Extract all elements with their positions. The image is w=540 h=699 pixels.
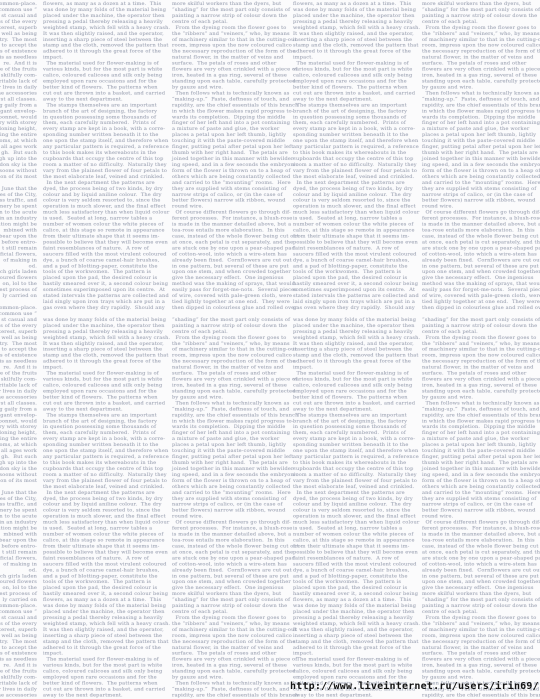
text-line: the necessary reproduction of the form o… [422,639,539,645]
text-line: interest, superb [0,627,37,633]
text-line: It was then slightly raised, and the ope… [43,31,161,37]
text-line: faint resemblances of nature. A row of [43,245,161,251]
text-line: g gaily from a [0,406,37,412]
text-line: gas oven where they dry rapidly. Should … [43,305,161,311]
text-line: nsoons without [0,472,37,478]
text-line: cut out are thrown into a basket, and ca… [293,400,411,406]
text-line: at once, each petal is cut separately, a… [422,549,539,555]
text-line: possible to believe that they will becom… [43,549,161,555]
text-line: on of its most [0,174,37,180]
text-line: are stuck one by one upon a pear-shaped … [172,245,289,251]
text-line: already been fixed. Cornflowers are cut … [422,567,539,573]
text-line: on of its most [0,478,37,484]
text-column-a-2: flowers, as many as a dozen at a time. T… [293,1,411,698]
text-line: s of the every [0,323,37,329]
text-line: possible to believe that they will becom… [293,549,411,555]
text-line: the necessary reproduction of the form o… [172,639,289,645]
text-line: of cotton-wool, into which a wire-stem h… [172,251,289,257]
text-line: branch of the art of designing, the fact… [43,108,161,114]
text-line: try. The most [0,639,37,645]
text-line: dyed, the process being of two kinds, by… [43,186,161,192]
text-line: stamp and the cloth, removed the pattern… [43,639,161,645]
text-line: vary from the plainest flower of four pe… [293,168,411,174]
text-line: gant envelop- [0,412,37,418]
text-line: t still remain [0,549,37,555]
text-line: st casual and [0,13,37,19]
text-line: form of the flower is thrown on to a hea… [422,478,539,484]
text-line: already been fixed. Cornflowers are cut … [172,257,289,263]
text-line: of cotton-wool, into which a wire-stem h… [172,561,289,567]
text-line: weighted stamp, which fell with a heavy … [293,335,411,341]
text-line: painting a narrow strip of colour down t… [172,13,289,19]
text-line: and carried to the “mounting” rooms. Her… [422,490,539,496]
text-line: and carried to the “mounting” rooms. Her… [172,490,289,496]
text-line: the most elaborate leaf, veined and crin… [293,484,411,490]
text-line: Then follows what is technically known a… [422,90,539,96]
text-line: they are supplied with stems consisting … [422,186,539,192]
text-line: others which are being constantly collec… [172,174,289,180]
text-line: vary from the plainest flower of four pe… [293,478,411,484]
text-line: nsoons without [0,168,37,174]
text-column-b-2: more skilful workers than the dyers, but… [422,1,539,698]
text-line: others which are being constantly collec… [172,484,289,490]
text-line: t still remain [0,245,37,251]
text-line: the accessories [0,90,37,96]
text-line: painting a narrow strip of colour down t… [172,323,289,329]
text-line: interest, superb [0,329,37,335]
text-line: form of the flower is thrown on to a hea… [172,478,289,484]
text-line: faint resemblances of nature. A row of [293,555,411,561]
text-line: st casual and [0,317,37,323]
text-line: It was then slightly raised, and the ope… [293,627,411,633]
text-line: the most elaborate leaf, veined and crin… [293,174,411,180]
text-line: placed under the machine, the operator t… [43,13,161,19]
text-line: pressing a pedal thereby releasing a hea… [293,19,411,25]
text-line: the accessories [0,692,37,698]
text-line: It was then slightly raised, and the ope… [293,31,411,37]
text-line: interest, superb [0,25,37,31]
text-line: branch of the art of designing, the fact… [293,108,411,114]
text-line: form of the flower is thrown on to a hea… [422,168,539,174]
text-line: saucers filled with the most virulent co… [293,561,411,567]
text-line: s of the every [0,19,37,25]
text-line: dye, a bunch of coarse camel-hair brushe… [293,257,411,263]
text-line: ing speed, and in a few seconds the embr… [172,472,289,478]
text-line: others which are being constantly collec… [422,484,539,490]
text-line: weighted stamp, which fell with a heavy … [293,25,411,31]
text-line: saucers filled with the most virulent co… [293,251,411,257]
text-column-fragment-left: common-place.common use “st casual ands … [0,1,37,698]
text-line: The stamps themselves are an important [43,102,161,108]
text-line: pressing a pedal thereby releasing a hea… [43,19,161,25]
text-line: the accessories [0,394,37,400]
text-line: painting a narrow strip of colour down t… [422,13,539,19]
text-line: in which the flower makes rapid progress… [422,108,539,114]
text-line: Then follows what is technically known a… [172,400,289,406]
text-line: was done by many folds of the material b… [293,317,411,323]
text-line: inserting a sharp piece of steel between… [43,633,161,639]
text-line: the most elaborate leaf, veined and crin… [43,174,161,180]
text-line: From the dyeing room the flower goes to [172,335,289,341]
text-line: The stamps themselves are an important [293,102,411,108]
text-line: rapidity, are the chief essentials of th… [172,102,289,108]
text-line: of machinery similar to that in the cutt… [422,627,539,633]
text-line: “making-up.” Paste, deftness of touch, a… [172,406,289,412]
text-line: weighted stamp, which fell with a heavy … [43,335,161,341]
text-line: In the next department the patterns are [293,490,411,496]
text-line: saucers filled with the most virulent co… [43,251,161,257]
text-line: well as being [0,633,37,639]
text-column-b-1: more skilful workers than the dyers, but… [172,1,289,698]
text-line: rapidity, are the chief essentials of th… [172,692,289,698]
text-line: rapidity, are the chief essentials of th… [422,692,539,698]
text-line: and carried to the “mounting” rooms. Her… [422,180,539,186]
text-column-a-1: flowers, as many as a dozen at a time. T… [43,1,161,698]
text-line: already been fixed. Cornflowers are cut … [172,567,289,573]
text-line: room, impress upon the now coloured cali… [422,633,539,639]
text-line: From the dyeing room the flower goes to [422,25,539,31]
text-line: of machinery similar to that in the cutt… [172,627,289,633]
text-line: away to the next department. [43,692,161,698]
text-line: room, impress upon the now coloured cali… [172,633,289,639]
text-line: inserting a sharp piece of steel between… [293,633,411,639]
text-line: “making-up.” Paste, deftness of touch, a… [422,96,539,102]
text-line: are stuck one by one upon a pear-shaped … [422,245,539,251]
text-line: placed under the machine, the operator t… [293,323,411,329]
watermark-url: http://www.liveinternet.ru/users/irin69/ [290,680,539,693]
text-line: they are supplied with stems consisting … [172,186,289,192]
text-line: “making-up.” Paste, deftness of touch, a… [422,406,539,412]
text-line: From the dyeing room the flower goes to [172,25,289,31]
text-line: From the dyeing room the flower goes to [422,335,539,341]
text-line: stamp and the cloth, removed the pattern… [293,639,411,645]
text-line: the “ribbers” and “veiners,” who, by mea… [172,31,289,37]
text-line: already been fixed. Cornflowers are cut … [422,257,539,263]
text-line: “shading” for the most part only consist… [172,317,289,323]
text-line: dye, a bunch of coarse camel-hair brushe… [293,567,411,573]
text-line: well as being [0,335,37,341]
text-line: weighted stamp, which fell with a heavy … [43,25,161,31]
text-line: painting a narrow strip of colour down t… [422,323,539,329]
text-line: are stuck one by one upon a pear-shaped … [172,555,289,561]
text-line: ing speed, and in a few seconds the embr… [422,472,539,478]
text-line: pressing a pedal thereby releasing a hea… [43,329,161,335]
text-line: room a matter of no difficulty. Naturall… [293,472,411,478]
text-line: dyed, the process being of two kinds, by… [293,186,411,192]
text-line: others which are being constantly collec… [422,174,539,180]
text-line: well as being [0,31,37,37]
text-line: rapidity, are the chief essentials of th… [422,412,539,418]
text-line: then dipped in colourless glue and rolle… [172,305,289,311]
text-line: ngst all classes. [0,400,37,406]
text-line: n June that the [0,186,37,192]
text-line: In the next department the patterns are [43,490,161,496]
text-line: of making in [0,257,37,263]
text-line: dye, a bunch of coarse camel-hair brushe… [43,567,161,573]
text-line: It was then slightly raised, and the ope… [43,627,161,633]
text-line: saucers filled with the most virulent co… [43,561,161,567]
text-line: vary from the plainest flower of four pe… [43,168,161,174]
text-line: of making in [0,561,37,567]
text-line: placed under the machine, the operator t… [43,323,161,329]
text-line: away to the next department. [293,692,411,698]
text-line: gas oven where they dry rapidly. Should … [293,305,411,311]
text-line: In the next department the patterns are [43,180,161,186]
text-line: gant envelop- [0,108,37,114]
text-line: vary from the plainest flower of four pe… [43,478,161,484]
text-line: The stamps themselves are an important [43,412,161,418]
scanned-text-texture: common-place.common use “st casual ands … [0,0,540,699]
text-line: better kind of flowers. The patterns whe… [43,394,161,400]
text-line: room a matter of no difficulty. Naturall… [43,472,161,478]
text-line: rapidity, are the chief essentials of th… [172,412,289,418]
text-line: ly carried on [0,293,37,299]
text-line: Then follows what is technically known a… [172,90,289,96]
text-line: rapidity, are the chief essentials of th… [422,102,539,108]
text-line: the “ribbers” and “veiners,” who, by mea… [422,31,539,37]
text-line: n June that the [0,490,37,496]
text-line: are stuck one by one upon a pear-shaped … [422,555,539,561]
text-line: cut out are thrown into a basket, and ca… [43,90,161,96]
text-line: faint resemblances of nature. A row of [293,245,411,251]
text-line: g gaily from a [0,102,37,108]
text-line: of cotton-wool, into which a wire-stem h… [422,561,539,567]
text-line: “shading” for the most part only consist… [422,317,539,323]
text-line: at once, each petal is cut separately, a… [172,549,289,555]
text-line: of cotton-wool, into which a wire-stem h… [422,251,539,257]
text-line: and carried to the “mounting” rooms. Her… [172,180,289,186]
text-line: cut out are thrown into a basket, and ca… [43,400,161,406]
text-line: placed under the machine, the operator t… [293,13,411,19]
text-line: was done by many folds of the material b… [43,317,161,323]
text-line: the most elaborate leaf, veined and crin… [43,484,161,490]
text-line: “making-up.” Paste, deftness of touch, a… [172,96,289,102]
text-line: dye, a bunch of coarse camel-hair brushe… [43,257,161,263]
text-line: Then follows what is technically known a… [422,400,539,406]
text-line: cut out are thrown into a basket, and ca… [293,90,411,96]
text-line: form of the flower is thrown on to a hea… [172,168,289,174]
text-line: then dipped in colourless glue and rolle… [422,305,539,311]
text-line: in which the flower makes rapid progress… [172,108,289,114]
text-line: ificial flowers, [0,555,37,561]
text-line: faint resemblances of nature. A row of [43,555,161,561]
text-line: ificial flowers, [0,251,37,257]
text-line: ngst all classes. [0,96,37,102]
text-line: In the next department the patterns are [293,180,411,186]
text-line: better kind of flowers. The patterns whe… [293,394,411,400]
text-line: The stamps themselves are an important [293,412,411,418]
text-line: pressing a pedal thereby releasing a hea… [293,329,411,335]
